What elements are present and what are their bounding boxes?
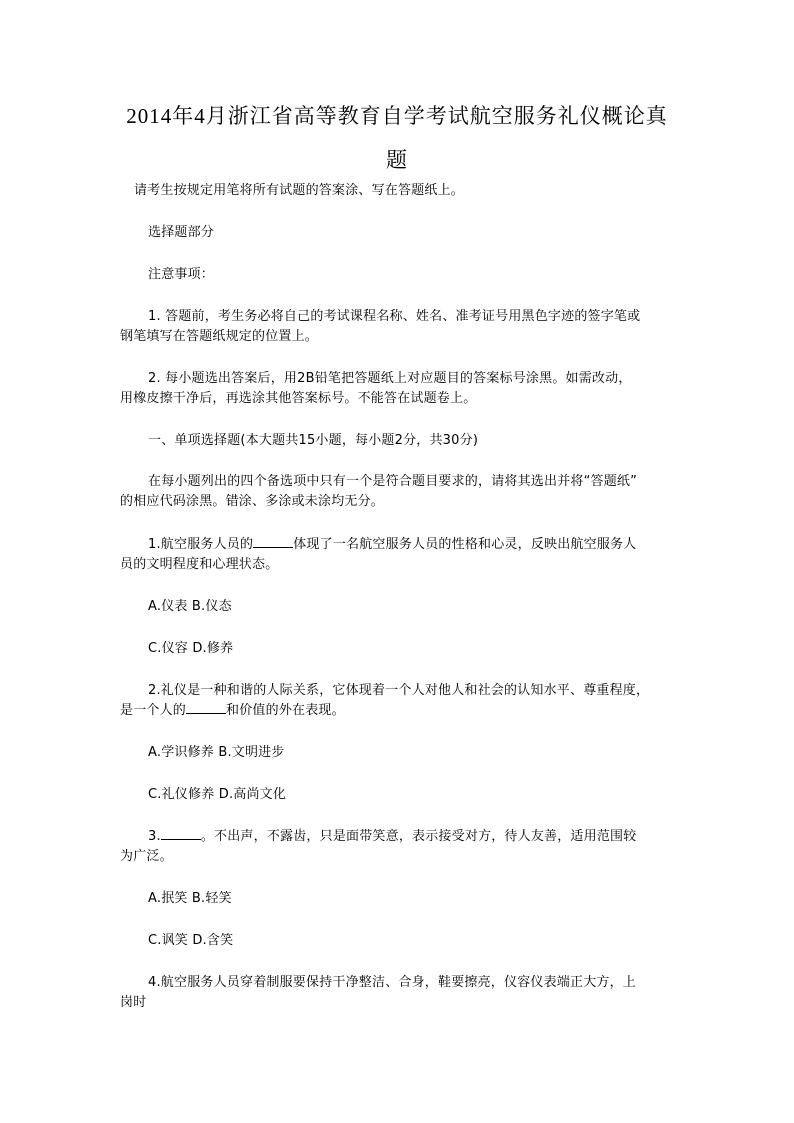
document-title-line1: 2014年4月浙江省高等教育自学考试航空服务礼仪概论真 [120,104,674,128]
question-2-options-ab: A.学识修养 B.文明进步 [120,742,676,764]
question-2-line2-pre: 是一个人的 [120,703,186,718]
note-1-line1: 1. 答题前，考生务必将自己的考试课程名称、姓名、准考证号用黑色字迹的签字笔或 [120,306,676,328]
question-3-stem-post: 。不出声，不露齿，只是面带笑意，表示接受对方，待人友善，适用范围较 [201,829,637,844]
question-2-line1: 2.礼仪是一种和谐的人际关系，它体现着一个人对他人和社会的认知水平、尊重程度， [120,680,676,702]
question-1-line2: 员的文明程度和心理状态。 [120,554,676,576]
exam-instruction: 请考生按规定用笔将所有试题的答案涂、写在答题纸上。 [134,180,690,202]
part-instruction-line2: 的相应代码涂黑。错涂、多涂或未涂均无分。 [120,491,676,513]
notes-heading: 注意事项： [120,264,676,286]
question-3-options-ab: A.抿笑 B.轻笑 [120,888,676,910]
part-instruction-line1: 在每小题列出的四个备选项中只有一个是符合题目要求的，请将其选出并将“答题纸” [120,471,676,493]
question-4-line2: 岗时 [120,992,676,1014]
note-2-line2: 用橡皮擦干净后，再选涂其他答案标号。不能答在试题卷上。 [120,388,676,410]
part-heading: 一、单项选择题(本大题共15小题，每小题2分，共30分) [120,430,676,452]
note-2-line1: 2. 每小题选出答案后，用2B铅笔把答题纸上对应题目的答案标号涂黑。如需改动， [120,368,676,390]
question-2-options-cd: C.礼仪修养 D.高尚文化 [120,784,676,806]
question-3-stem-pre: 3. [148,829,161,844]
question-1-stem-pre: 1.航空服务人员的 [148,537,253,552]
question-1-options-ab: A.仪表 B.仪态 [120,596,676,618]
question-3-options-cd: C.讽笑 D.含笑 [120,930,676,952]
document-page: 2014年4月浙江省高等教育自学考试航空服务礼仪概论真 题 请考生按规定用笔将所… [0,0,794,1123]
note-1-line2: 钢笔填写在答题纸规定的位置上。 [120,326,676,348]
question-3-line2: 为广泛。 [120,846,676,868]
section-label: 选择题部分 [120,222,676,244]
question-2-line2-post: 和价值的外在表现。 [226,703,345,718]
question-1-stem: 1.航空服务人员的体现了一名航空服务人员的性格和心灵，反映出航空服务人 [120,534,676,556]
question-1-blank [253,535,293,548]
question-2-blank [186,701,226,714]
question-2-line2: 是一个人的和价值的外在表现。 [120,700,676,722]
document-title-line2: 题 [120,148,674,172]
question-1-stem-post: 体现了一名航空服务人员的性格和心灵，反映出航空服务人 [293,537,636,552]
question-3-stem: 3.。不出声，不露齿，只是面带笑意，表示接受对方，待人友善，适用范围较 [120,826,676,848]
question-4-line1: 4.航空服务人员穿着制服要保持干净整洁、合身，鞋要擦亮，仪容仪表端正大方，上 [120,972,676,994]
question-1-options-cd: C.仪容 D.修养 [120,638,676,660]
question-3-blank [161,827,201,840]
